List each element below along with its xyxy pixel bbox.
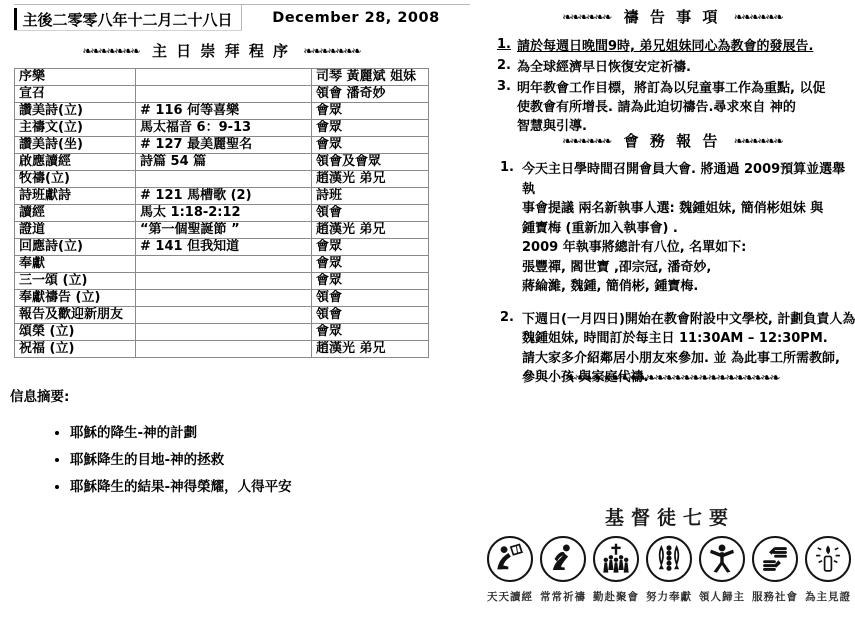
chain-ornament-right: ❧❧❧❧❧❧ — [734, 134, 782, 148]
chain-ornament-right: ❧❧❧❧❧❧❧ — [303, 44, 359, 58]
cell-content: 馬太 1:18-2:12 — [136, 205, 312, 222]
chain-ornament-left: ❧❧❧❧❧❧ — [562, 134, 610, 148]
essential-item: 為主見證 — [803, 536, 853, 604]
cell-item: 序樂 — [15, 69, 136, 86]
table-row: 詩班獻詩# 121 馬槽歌 (2)詩班 — [15, 188, 429, 205]
congregation-cross-icon — [593, 536, 639, 582]
message-summary: 信息摘要: 耶穌的降生-神的計劃耶穌降生的目地-神的拯救耶穌降生的結果-神得榮耀… — [10, 385, 430, 502]
table-row: 讀經馬太 1:18-2:12領會 — [15, 205, 429, 222]
essential-item: 勤赴聚會 — [591, 536, 641, 604]
cell-leader: 領會 潘奇妙 — [312, 86, 429, 103]
table-row: 讚美詩(坐)# 127 最美麗聖名會眾 — [15, 137, 429, 154]
summary-bullet: 耶穌降生的結果-神得榮耀，人得平安 — [70, 475, 430, 495]
table-row: 祝福 (立)趙漢光 弟兄 — [15, 341, 429, 358]
kneeling-reader-icon — [487, 536, 533, 582]
cell-content — [136, 86, 312, 103]
prayer-section-header: ❧❧❧❧❧❧ 禱 告 事 項 ❧❧❧❧❧❧ — [492, 6, 852, 27]
item-text: 明年教會工作目標，將訂為以兒童事工作為重點, 以促使教會有所增長. 請為此迫切禱… — [517, 79, 853, 136]
affairs-list: 1.今天主日學時間召開會員大會. 將通過 2009預算並選舉執事會提議 兩名新執… — [500, 160, 855, 401]
table-row: 宣召領會 潘奇妙 — [15, 86, 429, 103]
table-row: 證道“第一個聖誕節 ”趙漢光 弟兄 — [15, 222, 429, 239]
cell-item: 讚美詩(坐) — [15, 137, 136, 154]
item-text: 請於每週日晚間9時, 弟兄姐妹同心為教會的發展告. — [517, 37, 853, 56]
item-number: 3. — [497, 79, 517, 136]
cell-item: 回應詩(立) — [15, 239, 136, 256]
essential-label: 努力奉獻 — [646, 589, 692, 604]
summary-bullet: 耶穌的降生-神的計劃 — [70, 421, 430, 441]
cell-leader: 會眾 — [312, 256, 429, 273]
table-row: 奉獻會眾 — [15, 256, 429, 273]
cell-item: 讀經 — [15, 205, 136, 222]
summary-bullet: 耶穌降生的目地-神的拯救 — [70, 448, 430, 468]
date-chinese: 主後二零零八年十二月二十八日 — [14, 5, 242, 31]
cell-content — [136, 273, 312, 290]
cell-content — [136, 171, 312, 188]
cell-content: # 127 最美麗聖名 — [136, 137, 312, 154]
date-header: 主後二零零八年十二月二十八日 December 28, 2008 — [14, 4, 470, 31]
cell-item: 啟應讀經 — [15, 154, 136, 171]
serving-hands-icon — [752, 536, 798, 582]
table-row: 牧禱(立)趙漢光 弟兄 — [15, 171, 429, 188]
cell-item: 報告及歡迎新朋友 — [15, 307, 136, 324]
essential-item: 常常祈禱 — [538, 536, 588, 604]
cell-item: 祝福 (立) — [15, 341, 136, 358]
chain-ornament-left: ❧❧❧❧❧❧❧ — [82, 44, 138, 58]
worship-order-table: 序樂司琴 黃麗斌 姐妹宣召領會 潘奇妙讚美詩(立)# 116 何等喜樂會眾主禱文… — [14, 68, 429, 358]
item-text: 為全球經濟早日恢復安定祈禱. — [517, 58, 853, 77]
cell-leader: 會眾 — [312, 239, 429, 256]
cell-leader: 趙漢光 弟兄 — [312, 341, 429, 358]
cell-content — [136, 341, 312, 358]
cell-leader: 會眾 — [312, 324, 429, 341]
cell-leader: 會眾 — [312, 273, 429, 290]
table-row: 頌榮 (立)會眾 — [15, 324, 429, 341]
cell-content — [136, 324, 312, 341]
fish-and-loaves-icon — [646, 536, 692, 582]
cell-content: # 141 但我知道 — [136, 239, 312, 256]
prayer-list: 1.請於每週日晚間9時, 弟兄姐妹同心為教會的發展告.2.為全球經濟早日恢復安定… — [497, 37, 853, 138]
cell-item: 頌榮 (立) — [15, 324, 136, 341]
cell-leader: 詩班 — [312, 188, 429, 205]
cell-content — [136, 290, 312, 307]
table-row: 主禱文(立)馬太福音 6：9-13會眾 — [15, 120, 429, 137]
essential-item: 努力奉獻 — [644, 536, 694, 604]
church-bulletin-page: 主後二零零八年十二月二十八日 December 28, 2008 ❧❧❧❧❧❧❧… — [0, 0, 855, 621]
essential-label: 勤赴聚會 — [593, 589, 639, 604]
table-row: 奉獻禱告 (立)領會 — [15, 290, 429, 307]
cell-item: 奉獻 — [15, 256, 136, 273]
cell-content — [136, 256, 312, 273]
chain-ornament-right: ❧❧❧❧❧❧ — [734, 10, 782, 24]
table-row: 讚美詩(立)# 116 何等喜樂會眾 — [15, 103, 429, 120]
cell-item: 讚美詩(立) — [15, 103, 136, 120]
cell-leader: 會眾 — [312, 137, 429, 154]
item-text: 今天主日學時間召開會員大會. 將通過 2009預算並選舉執事會提議 兩名新執事人… — [522, 160, 855, 297]
seven-essentials-title: 基督徒七要 — [490, 503, 850, 530]
essential-label: 為主見證 — [805, 589, 851, 604]
prayer-section-title: 禱 告 事 項 — [624, 8, 721, 26]
affairs-section-header: ❧❧❧❧❧❧ 會 務 報 告 ❧❧❧❧❧❧ — [492, 130, 852, 151]
cell-item: 宣召 — [15, 86, 136, 103]
affairs-section-title: 會 務 報 告 — [624, 132, 721, 150]
list-item: 2.為全球經濟早日恢復安定祈禱. — [497, 58, 853, 77]
item-number: 1. — [497, 37, 517, 56]
date-english: December 28, 2008 — [242, 5, 470, 31]
essential-item: 服務社會 — [750, 536, 800, 604]
table-row: 回應詩(立)# 141 但我知道會眾 — [15, 239, 429, 256]
cell-item: 詩班獻詩 — [15, 188, 136, 205]
left-tick-mark — [14, 8, 17, 30]
table-row: 啟應讀經詩篇 54 篇領會及會眾 — [15, 154, 429, 171]
open-arms-figure-icon — [699, 536, 745, 582]
seven-essentials-icons: 天天讀經常常祈禱勤赴聚會努力奉獻領人歸主服務社會為主見證 — [485, 536, 853, 604]
cell-content — [136, 69, 312, 86]
cell-leader: 趙漢光 弟兄 — [312, 171, 429, 188]
cell-leader: 領會 — [312, 290, 429, 307]
praying-figure-icon — [540, 536, 586, 582]
table-row: 序樂司琴 黃麗斌 姐妹 — [15, 69, 429, 86]
cell-content: 詩篇 54 篇 — [136, 154, 312, 171]
cell-content: 馬太福音 6：9-13 — [136, 120, 312, 137]
cell-item: 牧禱(立) — [15, 171, 136, 188]
table-row: 報告及歡迎新朋友領會 — [15, 307, 429, 324]
cell-leader: 領會 — [312, 307, 429, 324]
candle-flame-icon — [805, 536, 851, 582]
list-item: 1.請於每週日晚間9時, 弟兄姐妹同心為教會的發展告. — [497, 37, 853, 56]
list-item: 3.明年教會工作目標，將訂為以兒童事工作為重點, 以促使教會有所增長. 請為此迫… — [497, 79, 853, 136]
cell-leader: 會眾 — [312, 120, 429, 137]
cell-leader: 司琴 黃麗斌 姐妹 — [312, 69, 429, 86]
cell-content — [136, 307, 312, 324]
essential-item: 天天讀經 — [485, 536, 535, 604]
cell-item: 三一頌 (立) — [15, 273, 136, 290]
divider-ornament: ❧❧❧❧❧❧❧❧❧❧❧❧❧❧❧❧❧❧❧❧❧❧❧❧ — [492, 371, 852, 386]
summary-list: 耶穌的降生-神的計劃耶穌降生的目地-神的拯救耶穌降生的結果-神得榮耀，人得平安 — [10, 421, 430, 495]
summary-title: 信息摘要: — [10, 385, 430, 405]
essential-label: 服務社會 — [752, 589, 798, 604]
essential-label: 領人歸主 — [699, 589, 745, 604]
list-item: 1.今天主日學時間召開會員大會. 將通過 2009預算並選舉執事會提議 兩名新執… — [500, 160, 855, 297]
cell-leader: 趙漢光 弟兄 — [312, 222, 429, 239]
item-number: 2. — [497, 58, 517, 77]
cell-leader: 領會 — [312, 205, 429, 222]
essential-item: 領人歸主 — [697, 536, 747, 604]
essential-label: 天天讀經 — [487, 589, 533, 604]
cell-leader: 會眾 — [312, 103, 429, 120]
worship-order-title: 主 日 崇 拜 程 序 — [152, 42, 290, 60]
worship-title-row: ❧❧❧❧❧❧❧ 主 日 崇 拜 程 序 ❧❧❧❧❧❧❧ — [14, 40, 428, 61]
table-row: 三一頌 (立)會眾 — [15, 273, 429, 290]
worship-table-body: 序樂司琴 黃麗斌 姐妹宣召領會 潘奇妙讚美詩(立)# 116 何等喜樂會眾主禱文… — [15, 69, 429, 358]
cell-item: 證道 — [15, 222, 136, 239]
cell-content: “第一個聖誕節 ” — [136, 222, 312, 239]
cell-leader: 領會及會眾 — [312, 154, 429, 171]
cell-item: 主禱文(立) — [15, 120, 136, 137]
item-number: 1. — [500, 160, 522, 297]
essential-label: 常常祈禱 — [540, 589, 586, 604]
chain-ornament-left: ❧❧❧❧❧❧ — [562, 10, 610, 24]
cell-content: # 116 何等喜樂 — [136, 103, 312, 120]
cell-content: # 121 馬槽歌 (2) — [136, 188, 312, 205]
cell-item: 奉獻禱告 (立) — [15, 290, 136, 307]
